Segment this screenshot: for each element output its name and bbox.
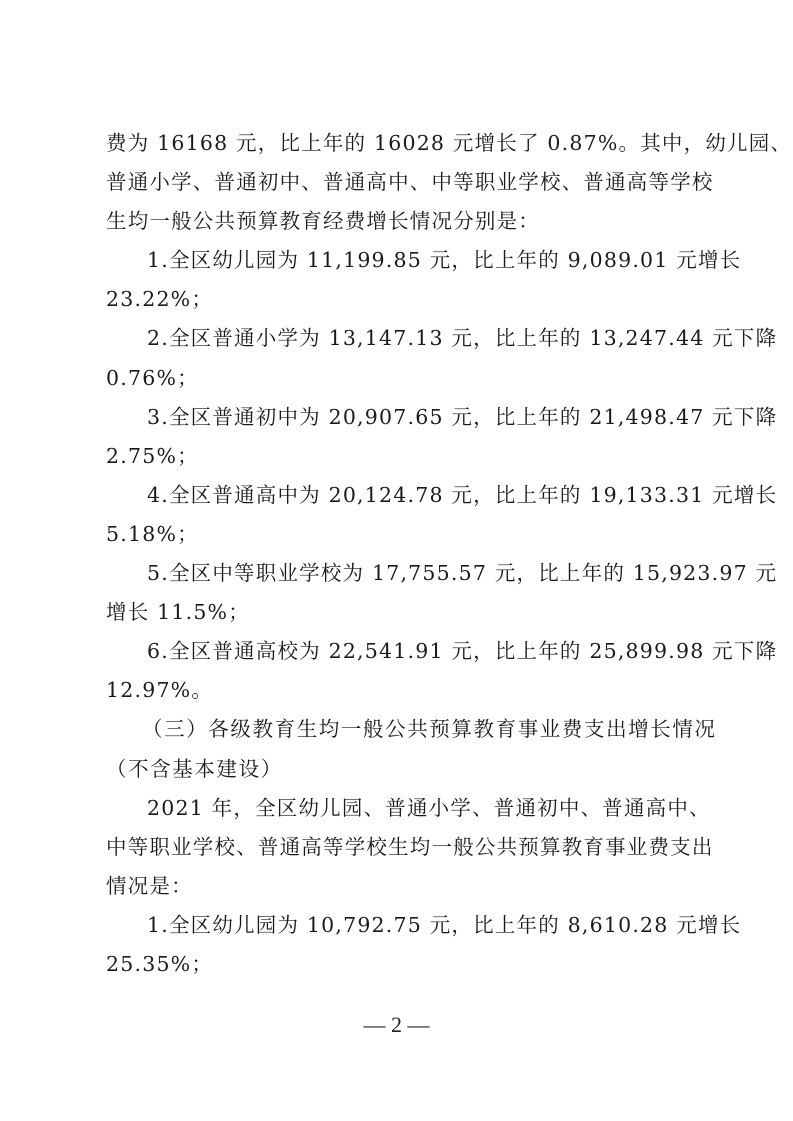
paragraph-line: 增长 11.5%； [106,593,696,632]
paragraph-line: 普通小学、普通初中、普通高中、中等职业学校、普通高等学校 [106,163,696,202]
body-text: 费为 16168 元，比上年的 16028 元增长了 0.87%。其中，幼儿园、… [106,124,696,984]
paragraph-line: 2021 年，全区幼儿园、普通小学、普通初中、普通高中、 [106,789,696,828]
list-item-kindergarten-funding: 1.全区幼儿园为 11,199.85 元，比上年的 9,089.01 元增长 [106,241,696,280]
paragraph-line: 生均一般公共预算教育经费增长情况分别是： [106,202,696,241]
list-item-kindergarten-expenditure: 1.全区幼儿园为 10,792.75 元，比上年的 8,610.28 元增长 [106,906,696,945]
paragraph-line: 25.35%； [106,945,696,984]
list-item-primary-funding: 2.全区普通小学为 13,147.13 元，比上年的 13,247.44 元下降 [106,319,696,358]
list-item-junior-high-funding: 3.全区普通初中为 20,907.65 元，比上年的 21,498.47 元下降 [106,398,696,437]
paragraph-line: 0.76%； [106,359,696,398]
list-item-university-funding: 6.全区普通高校为 22,541.91 元，比上年的 25,899.98 元下降 [106,632,696,671]
section-heading: （三）各级教育生均一般公共预算教育事业费支出增长情况 [106,710,696,749]
document-page: 费为 16168 元，比上年的 16028 元增长了 0.87%。其中，幼儿园、… [0,0,793,1121]
paragraph-line: 费为 16168 元，比上年的 16028 元增长了 0.87%。其中，幼儿园、 [106,124,696,163]
paragraph-line: 23.22%； [106,280,696,319]
paragraph-line: 情况是： [106,867,696,906]
paragraph-line: 中等职业学校、普通高等学校生均一般公共预算教育事业费支出 [106,828,696,867]
paragraph-line: 12.97%。 [106,671,696,710]
list-item-senior-high-funding: 4.全区普通高中为 20,124.78 元，比上年的 19,133.31 元增长 [106,476,696,515]
section-heading-continued: （不含基本建设） [106,750,696,789]
list-item-vocational-funding: 5.全区中等职业学校为 17,755.57 元，比上年的 15,923.97 元 [106,554,696,593]
paragraph-line: 2.75%； [106,437,696,476]
paragraph-line: 5.18%； [106,515,696,554]
page-number: — 2 — [0,1012,793,1038]
